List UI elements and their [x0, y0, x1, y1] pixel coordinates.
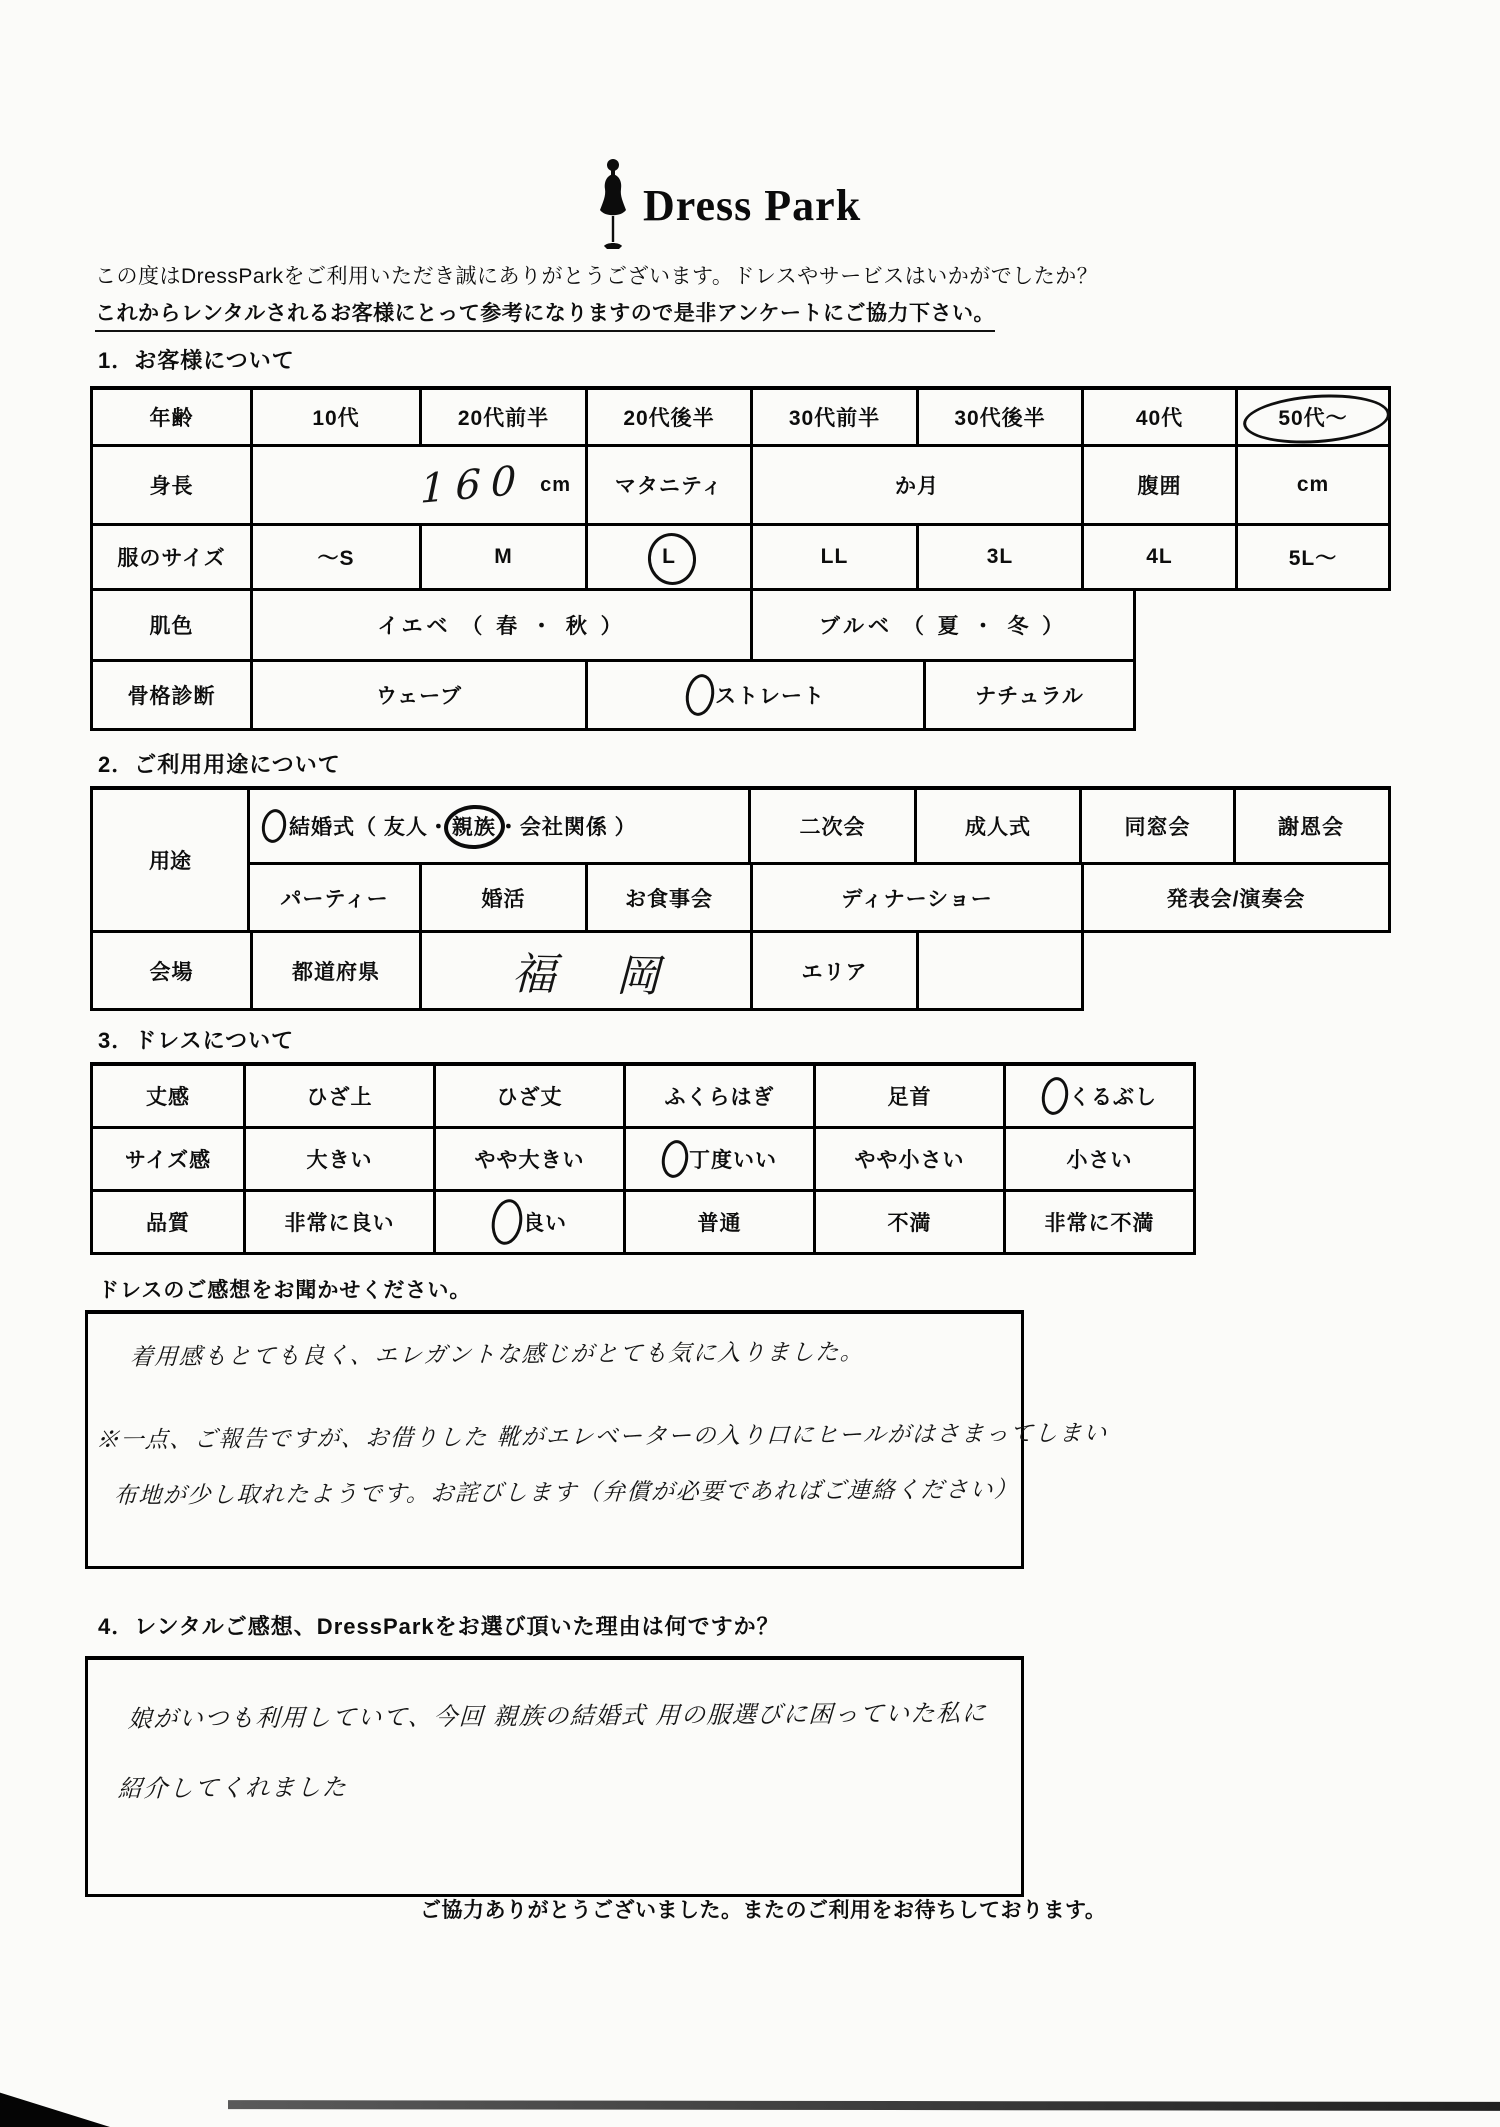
length-option-cell: ひざ丈: [433, 1066, 623, 1126]
purpose-option-cell: 成人式: [914, 790, 1079, 862]
section-1-heading: 1．お客様について: [98, 344, 295, 375]
quality-option-label: 良い: [523, 1207, 567, 1237]
dress-table: 丈感 ひざ上 ひざ丈 ふくらはぎ 足首 くるぶし サイズ感 大きい やや大きい …: [90, 1062, 1196, 1255]
purpose-label: 用途: [93, 790, 250, 930]
customer-table: 年齢 10代 20代前半 20代後半 30代前半 30代後半 40代 50代～ …: [90, 386, 1391, 731]
handwritten-circle: [659, 1138, 691, 1180]
purpose-option-cell: パーティー: [250, 865, 419, 930]
quality-option-cell: 普通: [623, 1192, 813, 1252]
frame-option-cell: ナチュラル: [923, 662, 1133, 728]
size-option-cell: LL: [750, 526, 916, 588]
age-option-cell: 40代: [1081, 390, 1235, 444]
quality-option-cell: 非常に不満: [1003, 1192, 1193, 1252]
wedding-label-suffix: ・会社関係 ）: [498, 811, 637, 841]
fit-option-cell: 小さい: [1003, 1129, 1193, 1189]
length-option-label: くるぶし: [1069, 1081, 1157, 1111]
fit-label: サイズ感: [93, 1129, 243, 1189]
size-option-cell: 3L: [916, 526, 1081, 588]
waist-label: 腹囲: [1081, 447, 1235, 523]
purpose-option-wedding: 結婚式（ 友人・ 親族 ・会社関係 ）: [250, 790, 748, 862]
age-row: 年齢 10代 20代前半 20代後半 30代前半 30代後半 40代 50代～: [90, 386, 1391, 447]
fit-option-cell: やや大きい: [433, 1129, 623, 1189]
height-row: 身長 160 cm マタニティ か月 腹囲 cm: [90, 444, 1391, 526]
age-label: 年齢: [93, 390, 250, 444]
intro-line-2: これからレンタルされるお客様にとって参考になりますので是非アンケートにご協力下さ…: [95, 297, 995, 332]
dress-form-icon: [593, 158, 633, 257]
length-option-cell: ひざ上: [243, 1066, 433, 1126]
height-value-handwritten: 160: [420, 457, 527, 513]
wedding-label-prefix: 結婚式（ 友人・: [289, 811, 450, 841]
quality-label: 品質: [93, 1192, 243, 1252]
feedback-line: 着用感もとても良く、エレガントな感じがとても気に入りました。: [129, 1333, 865, 1371]
length-option-cell: 足首: [813, 1066, 1003, 1126]
frame-label: 骨格診断: [93, 662, 250, 728]
feedback-line: 紹介してくれました: [117, 1767, 348, 1804]
size-option-cell: 5L～: [1235, 526, 1388, 588]
age-option-cell: 10代: [250, 390, 419, 444]
age-option-cell: 30代前半: [750, 390, 916, 444]
height-label: 身長: [93, 447, 250, 523]
reason-feedback-box: 娘がいつも利用していて、今回 親族の結婚式 用の服選びに困っていた私に 紹介して…: [85, 1656, 1024, 1897]
fit-option-cell: 大きい: [243, 1129, 433, 1189]
dress-feedback-box: 着用感もとても良く、エレガントな感じがとても気に入りました。 ※一点、ご報告です…: [85, 1310, 1024, 1569]
length-row: 丈感 ひざ上 ひざ丈 ふくらはぎ 足首 くるぶし: [90, 1062, 1196, 1129]
intro-line-1: この度はDressParkをご利用いただき誠にありがとうございます。ドレスやサー…: [95, 260, 1098, 290]
prefecture-label: 都道府県: [250, 933, 419, 1008]
prefecture-value-handwritten: 福岡: [451, 936, 720, 1005]
length-option-cell-selected: くるぶし: [1003, 1066, 1193, 1126]
purpose-option-cell: 同窓会: [1079, 790, 1233, 862]
size-option-cell: 4L: [1081, 526, 1235, 588]
handwritten-circle: [1242, 390, 1392, 448]
handwritten-circle: [683, 672, 718, 718]
handwritten-circle: [443, 803, 506, 850]
age-option-cell-selected: 50代～: [1235, 390, 1388, 444]
feedback-line: ※一点、ご報告ですが、お借りした 靴がエレベーターの入り口にヒールがはさまってし…: [95, 1414, 1108, 1454]
frame-row: 骨格診断 ウェーブ ストレート ナチュラル: [90, 659, 1136, 731]
usage-table: 用途 結婚式（ 友人・ 親族 ・会社関係 ） 二次会 成人式 同窓会: [90, 786, 1391, 1011]
purpose-option-cell: 発表会/演奏会: [1081, 865, 1388, 930]
venue-row: 会場 都道府県 福岡 エリア: [90, 930, 1084, 1011]
dress-feedback-prompt: ドレスのご感想をお聞かせください。: [98, 1274, 471, 1304]
size-row: 服のサイズ ～S M L LL 3L 4L 5L～: [90, 523, 1391, 591]
purpose-option-cell: ディナーショー: [750, 865, 1081, 930]
area-label: エリア: [750, 933, 916, 1008]
purpose-row-1: 結婚式（ 友人・ 親族 ・会社関係 ） 二次会 成人式 同窓会 謝恩会: [250, 790, 1388, 862]
dresspark-logo: Dress Park: [593, 158, 861, 257]
fit-option-cell: やや小さい: [813, 1129, 1003, 1189]
skin-label: 肌色: [93, 591, 250, 659]
frame-option-cell-selected: ストレート: [585, 662, 923, 728]
fit-option-cell-selected: 丁度いい: [623, 1129, 813, 1189]
size-option-cell-selected: L: [585, 526, 750, 588]
height-value-cell: 160 cm: [250, 447, 585, 523]
skin-option-yellow: イエベ （ 春 ・ 秋 ）: [250, 591, 750, 659]
age-option-cell: 20代後半: [585, 390, 750, 444]
purpose-group: 用途 結婚式（ 友人・ 親族 ・会社関係 ） 二次会 成人式 同窓会: [90, 786, 1391, 933]
size-option-cell: ～S: [250, 526, 419, 588]
fit-row: サイズ感 大きい やや大きい 丁度いい やや小さい 小さい: [90, 1126, 1196, 1192]
feedback-line: 娘がいつも利用していて、今回 親族の結婚式 用の服選びに困っていた私に: [127, 1693, 988, 1734]
length-label: 丈感: [93, 1066, 243, 1126]
scan-artifact-line: [228, 2100, 1500, 2111]
handwritten-circle: [1039, 1075, 1071, 1117]
section-3-heading: 3．ドレスについて: [98, 1024, 294, 1055]
waist-unit-label: cm: [1235, 447, 1388, 523]
age-option-cell: 30代後半: [916, 390, 1081, 444]
skin-tone-row: 肌色 イエベ （ 春 ・ 秋 ） ブルベ （ 夏 ・ 冬 ）: [90, 588, 1136, 662]
size-option-cell: M: [419, 526, 585, 588]
fit-option-label: 丁度いい: [689, 1144, 777, 1174]
maternity-label: マタニティ: [585, 447, 750, 523]
purpose-option-cell: 謝恩会: [1233, 790, 1386, 862]
feedback-line: 布地が少し取れたようです。お詫びします（弁償が必要であればご連絡ください）: [113, 1471, 1019, 1510]
age-option-cell: 20代前半: [419, 390, 585, 444]
scan-artifact-corner: [0, 2088, 110, 2127]
quality-option-cell: 非常に良い: [243, 1192, 433, 1252]
purpose-option-cell: お食事会: [585, 865, 750, 930]
section-4-heading: 4．レンタルご感想、DressParkをお選び頂いた理由は何ですか？: [98, 1610, 780, 1641]
scanned-questionnaire-page: Dress Park この度はDressParkをご利用いただき誠にありがとうご…: [0, 0, 1500, 2127]
purpose-row-2: パーティー 婚活 お食事会 ディナーショー 発表会/演奏会: [250, 862, 1388, 930]
handwritten-circle: [488, 1197, 526, 1248]
size-label: 服のサイズ: [93, 526, 250, 588]
quality-row: 品質 非常に良い 良い 普通 不満 非常に不満: [90, 1189, 1196, 1255]
purpose-option-cell: 婚活: [419, 865, 585, 930]
venue-label: 会場: [93, 933, 250, 1008]
logo-text: Dress Park: [643, 180, 861, 231]
frame-option-cell: ウェーブ: [250, 662, 585, 728]
handwritten-circle: [645, 530, 700, 588]
height-unit-label: cm: [540, 474, 571, 497]
quality-option-cell-selected: 良い: [433, 1192, 623, 1252]
length-option-cell: ふくらはぎ: [623, 1066, 813, 1126]
months-label: か月: [750, 447, 1081, 523]
footer-thanks-text: ご協力ありがとうございました。またのご利用をお待ちしております。: [420, 1894, 1106, 1924]
handwritten-circle: [259, 807, 289, 845]
purpose-option-cell: 二次会: [748, 790, 914, 862]
area-value-cell: [916, 933, 1081, 1008]
quality-option-cell: 不満: [813, 1192, 1003, 1252]
skin-option-blue: ブルベ （ 夏 ・ 冬 ）: [750, 591, 1133, 659]
frame-option-label: ストレート: [715, 680, 825, 710]
prefecture-value-cell: 福岡: [419, 933, 750, 1008]
section-2-heading: 2．ご利用用途について: [98, 748, 341, 779]
